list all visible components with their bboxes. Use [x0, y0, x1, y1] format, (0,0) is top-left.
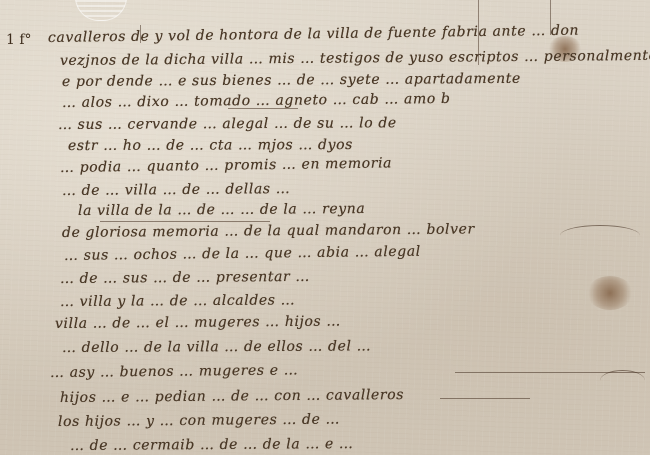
abbreviation-stroke — [100, 221, 270, 222]
text-line: … villa y la … de … alcaldes … — [60, 292, 295, 310]
text-line: vezjnos de la dicha villa … mis … testig… — [60, 48, 650, 69]
flourish-stroke — [600, 370, 645, 391]
text-line: villa … de … el … mugeres … hijos … — [55, 314, 341, 332]
manuscript-page: 1 f° cavalleros de y vol de hontora de l… — [0, 0, 650, 455]
text-line: … de … cermaib … de … de la … e … — [70, 436, 354, 454]
text-line: … de … sus … de … presentar … — [60, 269, 310, 287]
text-line: … dello … de la villa … de ellos … del … — [62, 338, 371, 356]
text-line: hijos … e … pedian … de … con … cavaller… — [60, 387, 404, 406]
text-line: … sus … cervande … alegal … de su … lo d… — [58, 115, 397, 133]
text-line: … sus … ochos … de la … que … abia … ale… — [64, 244, 421, 264]
text-line: estr … ho … de … cta … mjos … dyos — [68, 137, 353, 154]
abbreviation-stroke — [440, 398, 530, 399]
text-line: … podia … quanto … promis … en memoria — [60, 155, 392, 176]
text-line: de gloriosa memoria … de la qual mandaro… — [62, 221, 475, 241]
text-line: los hijos … y … con mugeres … de … — [58, 412, 340, 430]
text-line: cavalleros de y vol de hontora de la vil… — [48, 23, 579, 46]
abbreviation-stroke — [228, 108, 298, 109]
text-line: … asy … buenos … mugeres e … — [50, 362, 298, 381]
manuscript-text: cavalleros de y vol de hontora de la vil… — [0, 0, 650, 455]
text-line: … de … villa … de … dellas … — [62, 181, 290, 199]
flourish-stroke — [560, 225, 640, 246]
text-line: la villa de la … de … … de la … reyna — [78, 201, 365, 219]
text-line: e por dende … e sus bienes … de … syete … — [62, 71, 521, 90]
